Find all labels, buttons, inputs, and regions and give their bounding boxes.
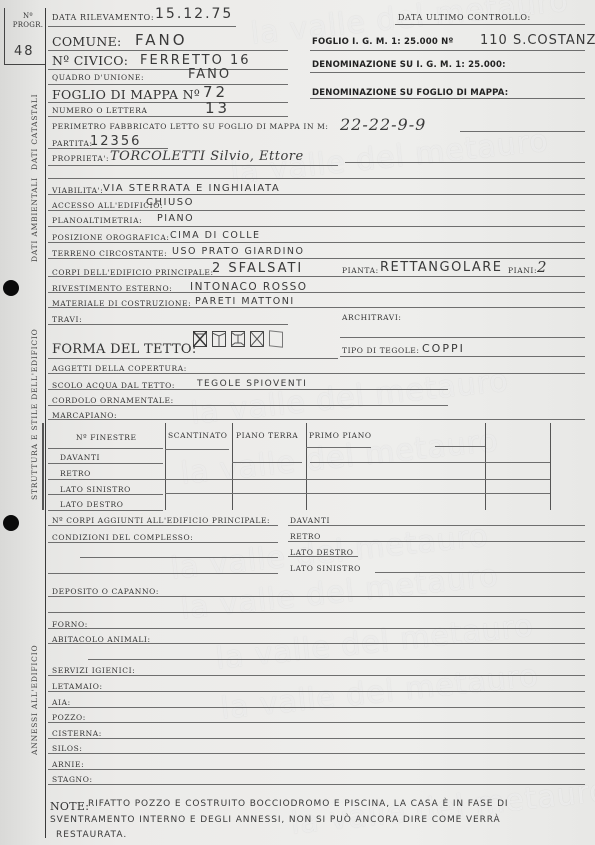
table-header: PIANO TERRA xyxy=(236,431,298,440)
note-label: NOTE: xyxy=(50,800,89,813)
section-label-struttura: STRUTTURA E STILE DELL'EDIFICIO xyxy=(30,328,39,500)
progr-value: 48 xyxy=(14,44,35,59)
annesso-deposito-label: DEPOSITO o CAPANNO: xyxy=(52,587,159,596)
data-ultimo-controllo-label: DATA ULTIMO CONTROLLO: xyxy=(398,13,531,22)
side-davanti-label: DAVANTI xyxy=(290,516,330,525)
pianta-field[interactable]: RETTANGOLARE xyxy=(380,260,503,275)
side-lato-sinistro-label: LATO SINISTRO xyxy=(290,564,361,573)
data-rilevamento-label: DATA RILEVAMENTO: xyxy=(52,13,154,22)
survey-form-page: la valle del metauro la valle del metaur… xyxy=(0,0,595,845)
quadro-unione-label: QUADRO D'UNIONE: xyxy=(52,73,144,82)
comune-field[interactable]: FANO xyxy=(135,31,188,49)
quadro-unione-field[interactable]: FANO xyxy=(188,67,231,82)
perimetro-field[interactable]: 22-22-9-9 xyxy=(340,115,426,134)
annesso-cisterna-label: CISTERNA: xyxy=(52,729,102,738)
annesso-aia-label: AIA: xyxy=(52,698,71,707)
condizioni-label: CONDIZIONI DEL COMPLESSO: xyxy=(52,533,193,542)
annesso-arnie-label: ARNIE: xyxy=(52,760,84,769)
table-header: Nº FINESTRE xyxy=(76,433,137,442)
proprieta-label: PROPRIETA': xyxy=(52,154,109,163)
roof-type-1-icon[interactable] xyxy=(193,331,207,347)
numero-lettera-field[interactable]: 13 xyxy=(205,99,230,117)
denominazione-igm-label: DENOMINAZIONE SU I. G. M. 1: 25.000: xyxy=(312,60,506,70)
section-label-annessi: ANNESSI ALL'EDIFICIO xyxy=(30,645,39,755)
annesso-silos-label: SILOS: xyxy=(52,744,83,753)
terreno-label: TERRENO CIRCOSTANTE: xyxy=(52,249,167,258)
terreno-field[interactable]: USO PRATO GIARDINO xyxy=(172,246,304,257)
table-row-label: DAVANTI xyxy=(60,453,100,462)
scolo-acqua-field[interactable]: TEGOLE SPIOVENTI xyxy=(197,379,307,389)
tipo-tegole-field[interactable]: COPPI xyxy=(422,342,465,355)
binder-hole xyxy=(3,515,19,531)
pianta-label: PIANTA: xyxy=(342,266,379,275)
data-rilevamento-field[interactable]: 15.12.75 xyxy=(155,6,233,22)
section-label-ambientali: DATI AMBIENTALI xyxy=(30,177,39,262)
architravi-label: ARCHITRAVI: xyxy=(342,313,402,322)
roof-shape-options xyxy=(193,331,283,347)
roof-type-5-icon[interactable] xyxy=(269,330,283,347)
roof-type-3-icon[interactable] xyxy=(231,331,245,347)
numero-lettera-label: NUMERO o LETTERA xyxy=(52,106,148,115)
materiale-field[interactable]: PARETI MATTONI xyxy=(195,296,295,307)
civico-field[interactable]: FERRETTO 16 xyxy=(140,53,251,68)
denominazione-mappa-label: DENOMINAZIONE SU FOGLIO DI MAPPA: xyxy=(312,88,508,98)
left-margin-rule xyxy=(45,8,46,838)
tipo-tegole-label: TIPO DI TEGOLE: xyxy=(342,346,420,355)
table-row-label: LATO DESTRO xyxy=(60,500,124,509)
partita-field[interactable]: 12356 xyxy=(90,134,141,149)
annesso-servizi-label: SERVIZI IGIENICI: xyxy=(52,666,135,675)
perimetro-label: PERIMETRO FABBRICATO LETTO SU FOGLIO DI … xyxy=(52,122,329,131)
note-line-3[interactable]: RESTAURATA. xyxy=(56,830,127,840)
partita-label: PARTITA: xyxy=(52,139,93,148)
annesso-pozzo-label: POZZO: xyxy=(52,713,86,722)
section-label-catastali: DATI CATASTALI xyxy=(30,94,39,170)
table-row-label: LATO SINISTRO xyxy=(60,485,131,494)
roof-type-4-icon[interactable] xyxy=(250,331,264,347)
planoaltimetria-field[interactable]: PIANO xyxy=(157,213,194,224)
civico-label: Nº CIVICO: xyxy=(52,53,128,68)
roof-type-2-icon[interactable] xyxy=(212,331,226,347)
foglio-igm-label: FOGLIO I. G. M. 1: 25.000 Nº xyxy=(312,37,453,47)
annesso-stagno-label: STAGNO: xyxy=(52,775,93,784)
annesso-letamaio-label: LETAMAIO: xyxy=(52,682,103,691)
travi-label: TRAVI: xyxy=(52,315,82,324)
table-header: SCANTINATO xyxy=(168,431,228,440)
cordolo-label: CORDOLO ORNAMENTALE: xyxy=(52,396,174,405)
binder-hole xyxy=(3,280,19,296)
accesso-field[interactable]: CHIUSO xyxy=(146,197,194,208)
forma-tetto-label: FORMA DEL TETTO: xyxy=(52,342,197,357)
table-row-label: RETRO xyxy=(60,469,91,478)
comune-label: COMUNE: xyxy=(52,34,122,49)
table-header: PRIMO PIANO xyxy=(309,431,372,440)
note-line-2[interactable]: SVENTRAMENTO INTERNO E DEGLI ANNESSI, NO… xyxy=(50,815,501,825)
planoaltimetria-label: PLANOALTIMETRIA: xyxy=(52,216,142,225)
watermark: la valle del metauro xyxy=(219,658,540,726)
side-retro-label: RETRO xyxy=(290,532,321,541)
piani-field[interactable]: 2 xyxy=(537,258,547,276)
aggetti-label: AGGETTI DELLA COPERTURA: xyxy=(52,364,187,373)
foglio-mappa-label: FOGLIO DI MAPPA Nº xyxy=(52,87,200,102)
piani-label: PIANI: xyxy=(508,266,537,275)
posizione-orografica-label: POSIZIONE OROGRAFICA: xyxy=(52,233,170,242)
posizione-orografica-field[interactable]: CIMA DI COLLE xyxy=(170,230,261,241)
progr-label: Nº PROGR. xyxy=(12,12,44,30)
foglio-igm-field[interactable]: 110 S.COSTANZO xyxy=(480,33,595,48)
proprieta-field[interactable]: TORCOLETTI Silvio, Ettore xyxy=(110,149,304,164)
note-line-1[interactable]: RIFATTO POZZO E COSTRUITO BOCCIODROMO E … xyxy=(88,799,508,809)
corpi-field[interactable]: 2 SFALSATI xyxy=(212,261,303,276)
viabilita-field[interactable]: VIA STERRATA E INGHIAIATA xyxy=(103,183,280,194)
corpi-aggiunti-label: Nº CORPI AGGIUNTI ALL'EDIFICIO PRINCIPAL… xyxy=(52,516,270,525)
